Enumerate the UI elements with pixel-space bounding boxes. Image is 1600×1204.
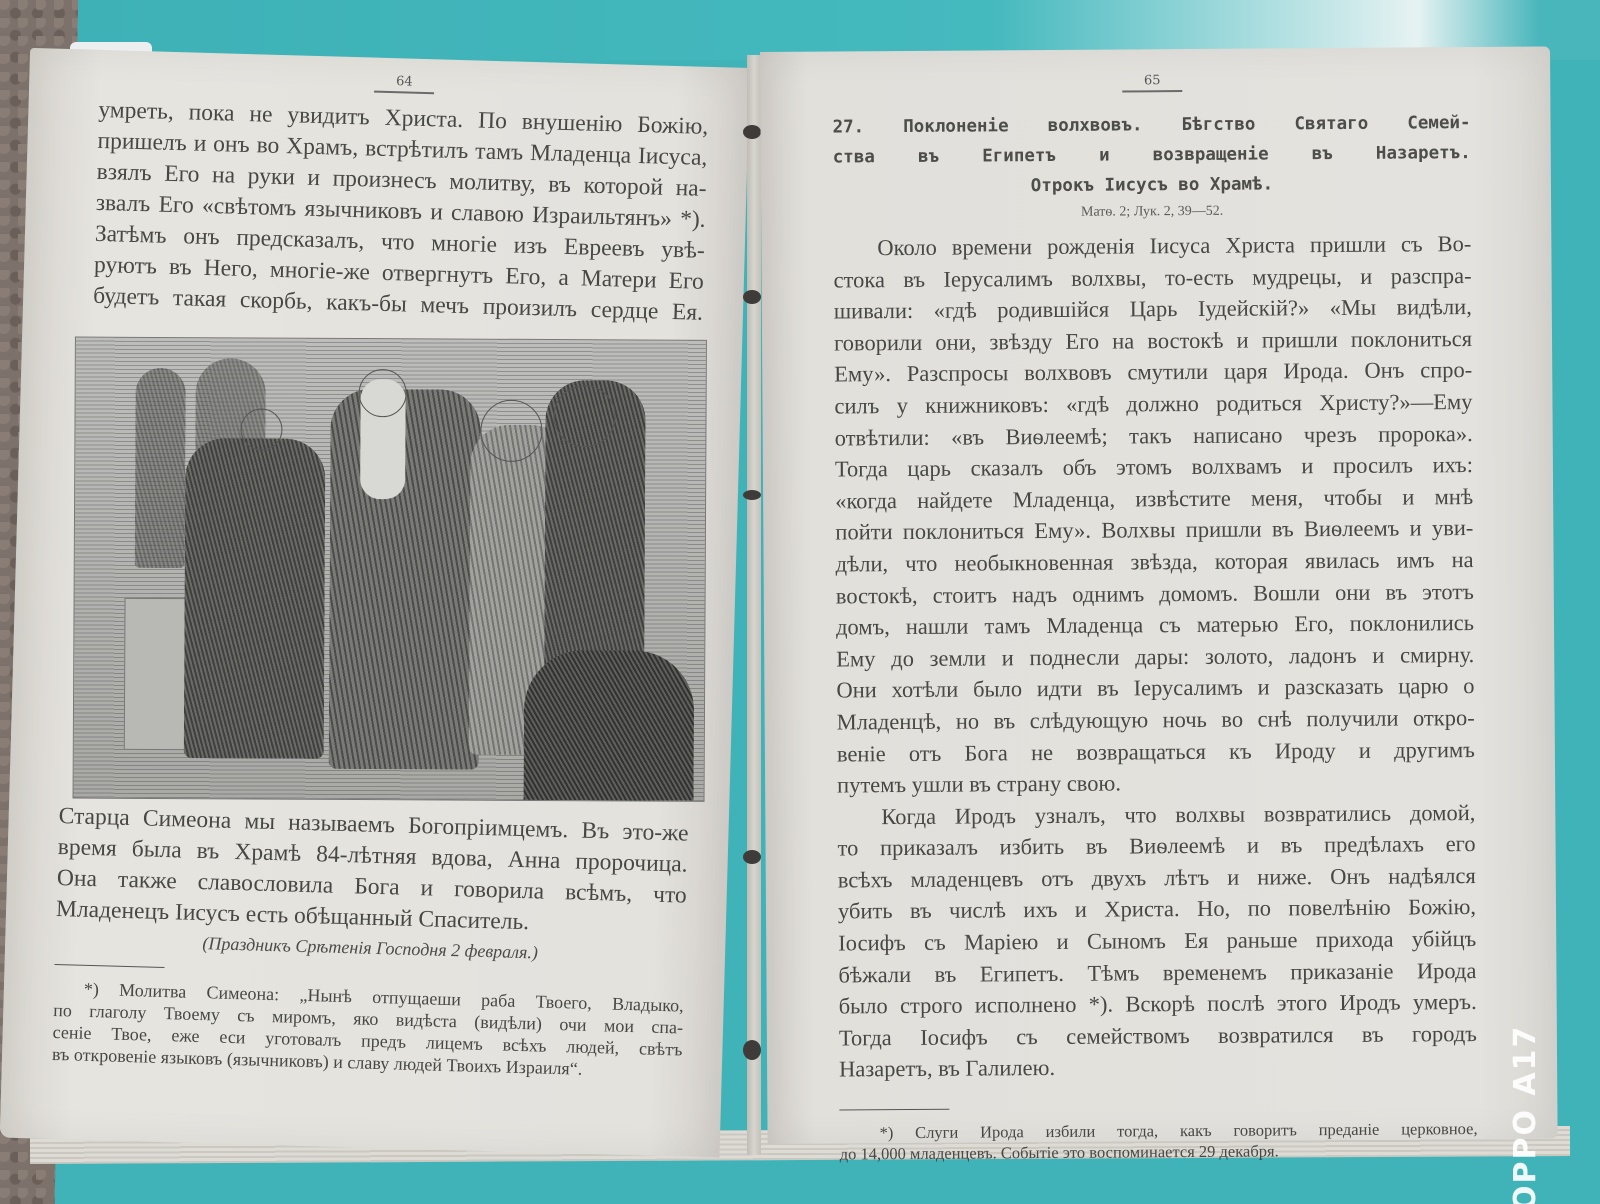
bottom-paragraph: Старца Симеона мы называемъ Богопріимцем… [56,801,689,943]
text-line: «когда найдете Младенца, извѣстите меня,… [835,481,1473,517]
text-line: путемъ ушли въ страну свою. [837,765,1475,801]
text-line: Ему до земли и поднесли дары: золото, ла… [836,639,1474,675]
paragraph-1: Около времени рожденія Іисуса Христа при… [833,228,1475,801]
text-line: Они хотѣли было идти въ Іерусалимъ и раз… [836,670,1474,706]
scripture-reference: Матѳ. 2; Лук. 2, 39—52. [833,202,1471,222]
text-line: стока въ Іерусалимъ волхвы, то-есть мудр… [833,260,1471,296]
text-line: Когда Иродъ узналъ, что волхвы возвратил… [837,797,1475,833]
binding-stitch [743,290,761,304]
onlooker-figure [135,368,186,568]
binding-stitch [743,490,761,500]
footnote-divider [839,1109,949,1111]
footnote-line: *) Слуги Ирода избили тогда, какъ говори… [839,1118,1477,1143]
text-line: пойти поклониться Ему». Волхвы пришли въ… [835,512,1473,548]
text-line: говорили они, звѣзду Его на востокѣ и пр… [834,323,1472,359]
paragraph-2: Когда Иродъ узналъ, что волхвы возвратил… [837,797,1477,1086]
heading-line: Отрокъ Іисусъ во Храмѣ. [833,168,1471,202]
page-number: 65 [1122,73,1182,92]
heading-line: ства въ Египетъ и возвращеніе въ Назарет… [833,138,1471,172]
text-line: востокѣ, стоитъ надъ однимъ домомъ. Вошл… [836,576,1474,612]
page-number: 64 [374,74,435,95]
footnote: *) Молитва Симеона: „Нынѣ отпущаеши раба… [52,977,684,1083]
text-line: Тогда Іосифъ съ семействомъ возвратился … [839,1018,1477,1054]
text-line: отвѣтили: «въ Виѳлеемѣ; такъ написано чр… [835,418,1473,454]
text-line: было строго исполнено *). Вскорѣ послѣ э… [839,986,1477,1022]
text-line: Около времени рожденія Іисуса Христа при… [833,228,1471,264]
halo [359,369,407,417]
anna-figure [184,438,326,759]
text-line: Младенцѣ, но въ слѣдующую ночь во снѣ по… [837,702,1475,738]
text-line: всѣхъ младенцевъ отъ двухъ лѣтъ и ниже. … [838,860,1476,896]
text-line: шивали: «гдѣ родившійся Царь Іудейскій?»… [834,291,1472,327]
text-line: Ему». Разспросы волхвовъ смутили царя Ир… [834,354,1472,390]
text-line: домъ, нашли тамъ Младенца съ матерью Его… [836,607,1474,643]
top-paragraph: умреть, пока не увидитъ Христа. По внуше… [93,95,709,329]
text-line: веніе отъ Бога не возвращаться къ Ироду … [837,734,1475,770]
binding-stitch [743,125,761,139]
halo [480,400,542,462]
kneeling-figure [524,650,695,801]
text-line: то приказалъ избить въ Виѳлеемѣ и въ пре… [837,828,1475,864]
halo [553,385,615,447]
halo [240,408,282,450]
binding-stitch [743,850,761,864]
footnote: *) Слуги Ирода избили тогда, какъ говори… [839,1118,1477,1164]
text-line: силъ у книжниковъ: «гдѣ должно родиться … [834,386,1472,422]
text-line: Тогда царь сказалъ объ этомъ волхвамъ и … [835,449,1473,485]
text-line: Назаретъ, въ Галилею. [839,1049,1477,1085]
footnote-divider [55,964,165,968]
text-line: Іосифъ съ Маріею и Сыномъ Ея раньше прих… [838,923,1476,959]
chapter-heading: 27. Поклоненіе волхвовъ. Бѣгство Святаго… [832,108,1471,202]
book-gutter [747,55,761,1155]
presentation-engraving [73,337,707,802]
left-page: 64 умреть, пока не увидитъ Христа. По вн… [0,48,750,1158]
heading-line: 27. Поклоненіе волхвовъ. Бѣгство Святаго… [832,108,1470,142]
camera-watermark: OPPO A17 [1508,1145,1543,1204]
footnote-line: до 14,000 младенцевъ. Событіе это воспом… [840,1139,1478,1164]
right-page: 65 27. Поклоненіе волхвовъ. Бѣгство Свят… [760,46,1558,1143]
text-line: дѣли, что необыкновенная звѣзда, которая… [835,544,1473,580]
binding-stitch [743,1040,761,1060]
text-line: бѣжали въ Египетъ. Тѣмъ временемъ приказ… [838,955,1476,991]
text-line: убить въ числѣ ихъ и Христа. Но, по пове… [838,891,1476,927]
